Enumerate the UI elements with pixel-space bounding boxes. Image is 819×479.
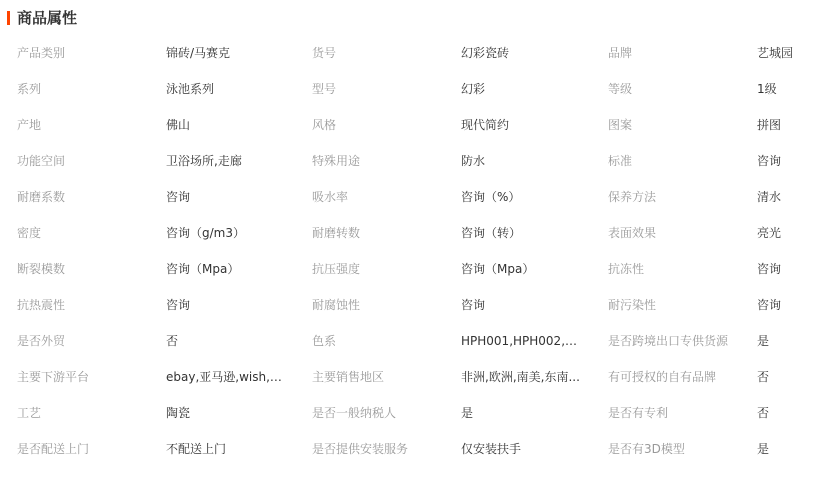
attribute-label: 是否一般纳税人: [312, 405, 452, 421]
attribute-value: 咨询（Mpa）: [461, 261, 586, 277]
attribute-label: 是否跨境出口专供货源: [608, 333, 753, 349]
attribute-label: 色系: [312, 333, 452, 349]
attribute-value-truncated: 非洲,欧洲,南美,东南...: [461, 369, 586, 385]
attribute-label: 抗压强度: [312, 261, 452, 277]
attribute-row: 功能空间 卫浴场所,走廊 特殊用途 防水 标准 咨询: [0, 143, 819, 179]
attribute-value: 咨询: [461, 297, 586, 313]
attribute-table: 产品类别 锦砖/马赛克 货号 幻彩瓷砖 品牌 艺城园 系列 泳池系列 型号 幻彩…: [0, 35, 819, 467]
attribute-label: 抗冻性: [608, 261, 753, 277]
attribute-label: 系列: [17, 81, 157, 97]
attribute-row: 是否配送上门 不配送上门 是否提供安装服务 仅安装扶手 是否有3D模型 是: [0, 431, 819, 467]
attribute-value: 防水: [461, 153, 586, 169]
attribute-value: 咨询: [757, 153, 817, 169]
attribute-value: 佛山: [166, 117, 291, 133]
attribute-label: 断裂模数: [17, 261, 157, 277]
attribute-value: 泳池系列: [166, 81, 291, 97]
attribute-value: 仅安装扶手: [461, 441, 586, 457]
attribute-value-truncated: HPH001,HPH002,HPH...: [461, 333, 586, 349]
attribute-label: 主要销售地区: [312, 369, 452, 385]
attribute-label: 是否有3D模型: [608, 441, 753, 457]
accent-bar: [7, 11, 10, 25]
attribute-label: 标准: [608, 153, 753, 169]
attribute-label: 货号: [312, 45, 452, 61]
attribute-row: 密度 咨询（g/m3） 耐磨转数 咨询（转） 表面效果 亮光: [0, 215, 819, 251]
attribute-label: 主要下游平台: [17, 369, 157, 385]
attribute-value: 现代简约: [461, 117, 586, 133]
attribute-label: 耐腐蚀性: [312, 297, 452, 313]
attribute-label: 有可授权的自有品牌: [608, 369, 753, 385]
attribute-value: 幻彩瓷砖: [461, 45, 586, 61]
attribute-value: 咨询: [757, 261, 817, 277]
attribute-value: 咨询: [166, 189, 291, 205]
attribute-label: 工艺: [17, 405, 157, 421]
attribute-value: 咨询（g/m3）: [166, 225, 291, 241]
attribute-label: 吸水率: [312, 189, 452, 205]
section-title: 商品属性: [17, 8, 77, 28]
attribute-row: 产品类别 锦砖/马赛克 货号 幻彩瓷砖 品牌 艺城园: [0, 35, 819, 71]
attribute-label: 是否有专利: [608, 405, 753, 421]
attribute-label: 产地: [17, 117, 157, 133]
attribute-row: 工艺 陶瓷 是否一般纳税人 是 是否有专利 否: [0, 395, 819, 431]
attribute-value: 否: [757, 369, 817, 385]
attribute-value: 拼图: [757, 117, 817, 133]
attribute-value: 是: [757, 333, 817, 349]
attribute-row: 产地 佛山 风格 现代简约 图案 拼图: [0, 107, 819, 143]
attribute-row: 系列 泳池系列 型号 幻彩 等级 1级: [0, 71, 819, 107]
attribute-label: 是否提供安装服务: [312, 441, 452, 457]
attribute-value: 咨询（%）: [461, 189, 586, 205]
attribute-value: 咨询: [757, 297, 817, 313]
attribute-label: 型号: [312, 81, 452, 97]
attribute-label: 是否外贸: [17, 333, 157, 349]
attribute-label: 抗热震性: [17, 297, 157, 313]
attribute-value: 不配送上门: [166, 441, 291, 457]
attribute-value: 陶瓷: [166, 405, 291, 421]
attribute-label: 风格: [312, 117, 452, 133]
attribute-value: 否: [166, 333, 291, 349]
attribute-label: 耐磨转数: [312, 225, 452, 241]
attribute-label: 功能空间: [17, 153, 157, 169]
attribute-value: 清水: [757, 189, 817, 205]
attribute-value: 幻彩: [461, 81, 586, 97]
attribute-label: 密度: [17, 225, 157, 241]
attribute-value: 1级: [757, 81, 817, 97]
attribute-value: 咨询（Mpa）: [166, 261, 291, 277]
attribute-value: 锦砖/马赛克: [166, 45, 291, 61]
attribute-row: 耐磨系数 咨询 吸水率 咨询（%） 保养方法 清水: [0, 179, 819, 215]
attribute-label: 保养方法: [608, 189, 753, 205]
attribute-row: 主要下游平台 ebay,亚马逊,wish,速... 主要销售地区 非洲,欧洲,南…: [0, 359, 819, 395]
attribute-label: 耐磨系数: [17, 189, 157, 205]
attribute-value-truncated: ebay,亚马逊,wish,速...: [166, 369, 291, 385]
attribute-label: 特殊用途: [312, 153, 452, 169]
attribute-row: 是否外贸 否 色系 HPH001,HPH002,HPH... 是否跨境出口专供货…: [0, 323, 819, 359]
attribute-value: 否: [757, 405, 817, 421]
attribute-label: 耐污染性: [608, 297, 753, 313]
attribute-row: 断裂模数 咨询（Mpa） 抗压强度 咨询（Mpa） 抗冻性 咨询: [0, 251, 819, 287]
attribute-value: 亮光: [757, 225, 817, 241]
attribute-label: 品牌: [608, 45, 753, 61]
attribute-value: 咨询（转）: [461, 225, 586, 241]
attribute-row: 抗热震性 咨询 耐腐蚀性 咨询 耐污染性 咨询: [0, 287, 819, 323]
attribute-value: 咨询: [166, 297, 291, 313]
attribute-value: 是: [461, 405, 586, 421]
attribute-value: 艺城园: [757, 45, 817, 61]
attribute-value: 是: [757, 441, 817, 457]
attribute-label: 图案: [608, 117, 753, 133]
attribute-value: 卫浴场所,走廊: [166, 153, 291, 169]
attribute-label: 是否配送上门: [17, 441, 157, 457]
attribute-label: 表面效果: [608, 225, 753, 241]
attribute-label: 等级: [608, 81, 753, 97]
attribute-label: 产品类别: [17, 45, 157, 61]
